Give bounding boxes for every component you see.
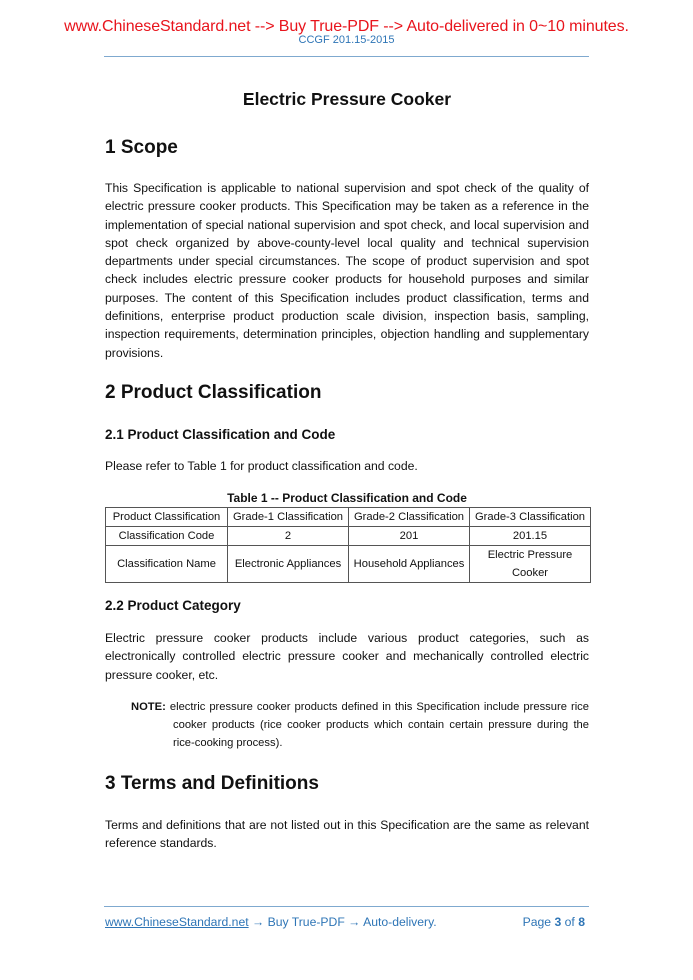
page-total: 8 [578,915,585,929]
footer-trail-text: → Buy True-PDF → Auto-delivery. [249,915,437,929]
table-cell: Household Appliances [349,546,470,583]
subsection-heading-classification-code: 2.1 Product Classification and Code [105,426,335,444]
table-cell: 201 [349,527,470,546]
table-cell: Electric Pressure Cooker [470,546,591,583]
table-caption: Table 1 -- Product Classification and Co… [105,490,589,506]
section-heading-terms: 3 Terms and Definitions [105,772,319,796]
classification-paragraph: Please refer to Table 1 for product clas… [105,457,589,475]
terms-paragraph: Terms and definitions that are not liste… [105,816,589,853]
section-heading-scope: 1 Scope [105,136,178,160]
footer-website-link[interactable]: www.ChineseStandard.net [105,915,249,929]
table-row: Classification Code 2 201 201.15 [106,527,591,546]
note-label: NOTE: [131,701,166,713]
document-code: CCGF 201.15-2015 [0,33,693,47]
table-cell: 2 [228,527,349,546]
page-of: of [565,915,575,929]
table-cell: Electronic Appliances [228,546,349,583]
page-current: 3 [554,915,561,929]
table-row: Product Classification Grade-1 Classific… [106,508,591,527]
scope-paragraph: This Specification is applicable to nati… [105,179,589,362]
table-cell: Grade-3 Classification [470,508,591,527]
header-divider [104,56,589,57]
section-heading-classification: 2 Product Classification [105,381,321,405]
footer-divider [104,906,589,907]
table-cell: Classification Name [106,546,228,583]
document-title: Electric Pressure Cooker [105,88,589,110]
page-footer: www.ChineseStandard.net → Buy True-PDF →… [105,914,585,930]
classification-table: Product Classification Grade-1 Classific… [105,507,591,583]
note-block: NOTE: electric pressure cooker products … [131,698,589,752]
table-row: Classification Name Electronic Appliance… [106,546,591,583]
page-prefix: Page [523,915,551,929]
page-indicator: Page 3 of 8 [523,914,585,930]
product-category-paragraph: Electric pressure cooker products includ… [105,629,589,684]
subsection-heading-product-category: 2.2 Product Category [105,597,241,615]
table-cell: Classification Code [106,527,228,546]
table-cell: Grade-2 Classification [349,508,470,527]
table-cell: Product Classification [106,508,228,527]
table-cell: Grade-1 Classification [228,508,349,527]
table-cell: 201.15 [470,527,591,546]
note-text: electric pressure cooker products define… [170,701,589,749]
